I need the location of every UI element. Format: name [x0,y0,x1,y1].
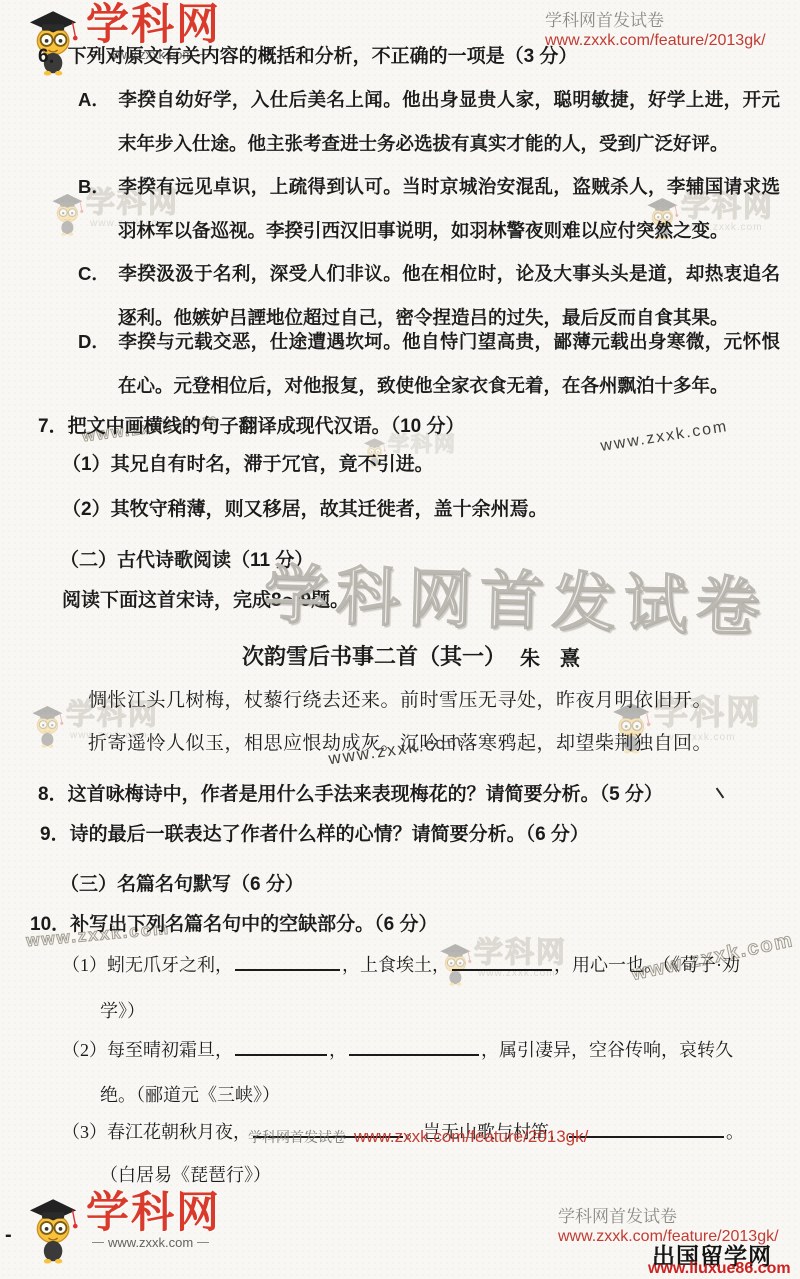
item-text: （3）春江花朝秋月夜， [62,1122,251,1142]
poem-title: 次韵雪后书事二首（其一） [242,642,506,673]
zxxk-logo-footer: 学科网 www.zxxk.com [26,1190,221,1264]
header-banner: 学科网首发试卷 www.zxxk.com/feature/2013gk/ [545,10,766,51]
banner-title: 学科网首发试卷 [558,1206,779,1227]
q10-item-1: （1）蚓无爪牙之利，，上食埃土，，用心一也。（《荀子·劝 [62,950,740,980]
section3-title: （三）名篇名句默写（6 分） [60,872,304,899]
logo-brand: 学科网 [86,2,221,49]
q10-stem: 10．补写出下列名篇名句中的空缺部分。（6 分） [30,912,437,939]
option-text: 李揆自幼好学，入仕后美名上闻。他出身显贵人家，聪明敏捷，好学上进，开元末年步入仕… [118,89,780,154]
q8-stem: 8．这首咏梅诗中，作者是用什么手法来表现梅花的？请简要分析。（5 分） [38,782,663,809]
emboss-watermark: 学科网首发试卷 [263,543,769,648]
partner-site-url: www.liuxue86.com [648,1260,791,1278]
zxxk-mascot-icon [30,700,66,748]
answer-blank[interactable] [349,1039,479,1056]
banner-url: www.zxxk.com/feature/2013gk/ [545,31,766,51]
item-text: ，用心一也。（《荀子·劝 [554,955,740,975]
exam-page: 学科网 www.zxxk.com 学科网首发试卷 www.zxxk.com/fe… [0,0,800,1279]
q6-option-d: D．李揆与元载交恶，仕途遭遇坎坷。他自恃门望高贵，鄙薄元载出身寒微，元怀恨在心。… [78,320,780,408]
option-text: 李揆有远见卓识，上疏得到认可。当时京城治安混乱，盗贼杀人，李辅国请求选羽林军以备… [118,176,780,241]
logo-text: 学科网 www.zxxk.com [86,1190,221,1250]
q10-item-3-cont: （白居易《琵琶行》） [100,1160,271,1190]
item-text: （1）蚓无爪牙之利， [62,955,233,975]
answer-blank[interactable] [235,1039,327,1056]
q9-stem: 9．诗的最后一联表达了作者什么样的心情？请简要分析。（6 分） [40,822,589,849]
q7-stem: 7．把文中画横线的句子翻译成现代汉语。（10 分） [38,414,464,441]
banner-url: www.zxxk.com/feature/2013gk/ [558,1227,779,1247]
inline-watermark-url: www.zxxk.com/feature/2013gk/ [354,1127,588,1147]
inline-watermark: 学科网首发试卷 www.zxxk.com/feature/2013gk/ [248,1127,588,1147]
item-text: ， [329,1040,347,1060]
answer-blank[interactable] [452,954,552,971]
q6-option-b: B．李揆有远见卓识，上疏得到认可。当时京城治安混乱，盗贼杀人，李辅国请求选羽林军… [78,165,780,253]
q7-item-1: （1）其兄自有时名，滞于冗官，竟不引进。 [62,452,434,479]
scan-dash: - [5,1224,12,1247]
option-label: A． [78,78,118,122]
logo-url: www.zxxk.com [92,1235,221,1250]
q6-stem: 6．下列对原文有关内容的概括和分析，不正确的一项是（3 分） [38,44,577,71]
banner-title: 学科网首发试卷 [545,10,766,31]
option-label: D． [78,320,118,364]
q6-option-a: A．李揆自幼好学，入仕后美名上闻。他出身显贵人家，聪明敏捷，好学上进，开元末年步… [78,78,780,166]
poem-line-1: 惆怅江头几树梅，杖藜行绕去还来。前时雪压无寻处，昨夜月明依旧开。 [88,688,712,715]
footer-banner: 学科网首发试卷 www.zxxk.com/feature/2013gk/ [558,1206,779,1247]
option-label: B． [78,165,118,209]
option-text: 李揆汲汲于名利，深受人们非议。他在相位时，论及大事头头是道，却热衷追名逐利。他嫉… [118,263,780,328]
scan-mark [716,788,725,799]
option-label: C． [78,252,118,296]
q10-item-1-cont: 学》） [100,996,145,1026]
item-text: （2）每至晴初霜旦， [62,1040,233,1060]
option-text: 李揆与元载交恶，仕途遭遇坎坷。他自恃门望高贵，鄙薄元载出身寒微，元怀恨在心。元登… [118,331,780,396]
item-text: ，上食埃土， [342,955,450,975]
answer-blank[interactable] [569,1121,724,1138]
q7-item-2: （2）其牧守稍薄，则又移居，故其迁徙者，盖十余州焉。 [62,497,548,524]
q10-item-2-cont: 绝。（郦道元《三峡》） [100,1080,280,1110]
item-text: ，属引凄异，空谷传响，哀转久 [481,1040,733,1060]
zxxk-mascot-icon [26,1190,82,1264]
poem-author: 朱 熹 [520,645,580,673]
logo-url-text: www.zxxk.com [108,1235,193,1250]
item-text: 。 [726,1122,744,1142]
answer-blank[interactable] [235,954,340,971]
q10-item-2: （2）每至晴初霜旦，，，属引凄异，空谷传响，哀转久 [62,1035,733,1065]
inline-watermark-title: 学科网首发试卷 [248,1127,346,1147]
logo-brand: 学科网 [86,1190,221,1237]
watermark-url-rotated: www.zxxk.com [599,418,729,456]
